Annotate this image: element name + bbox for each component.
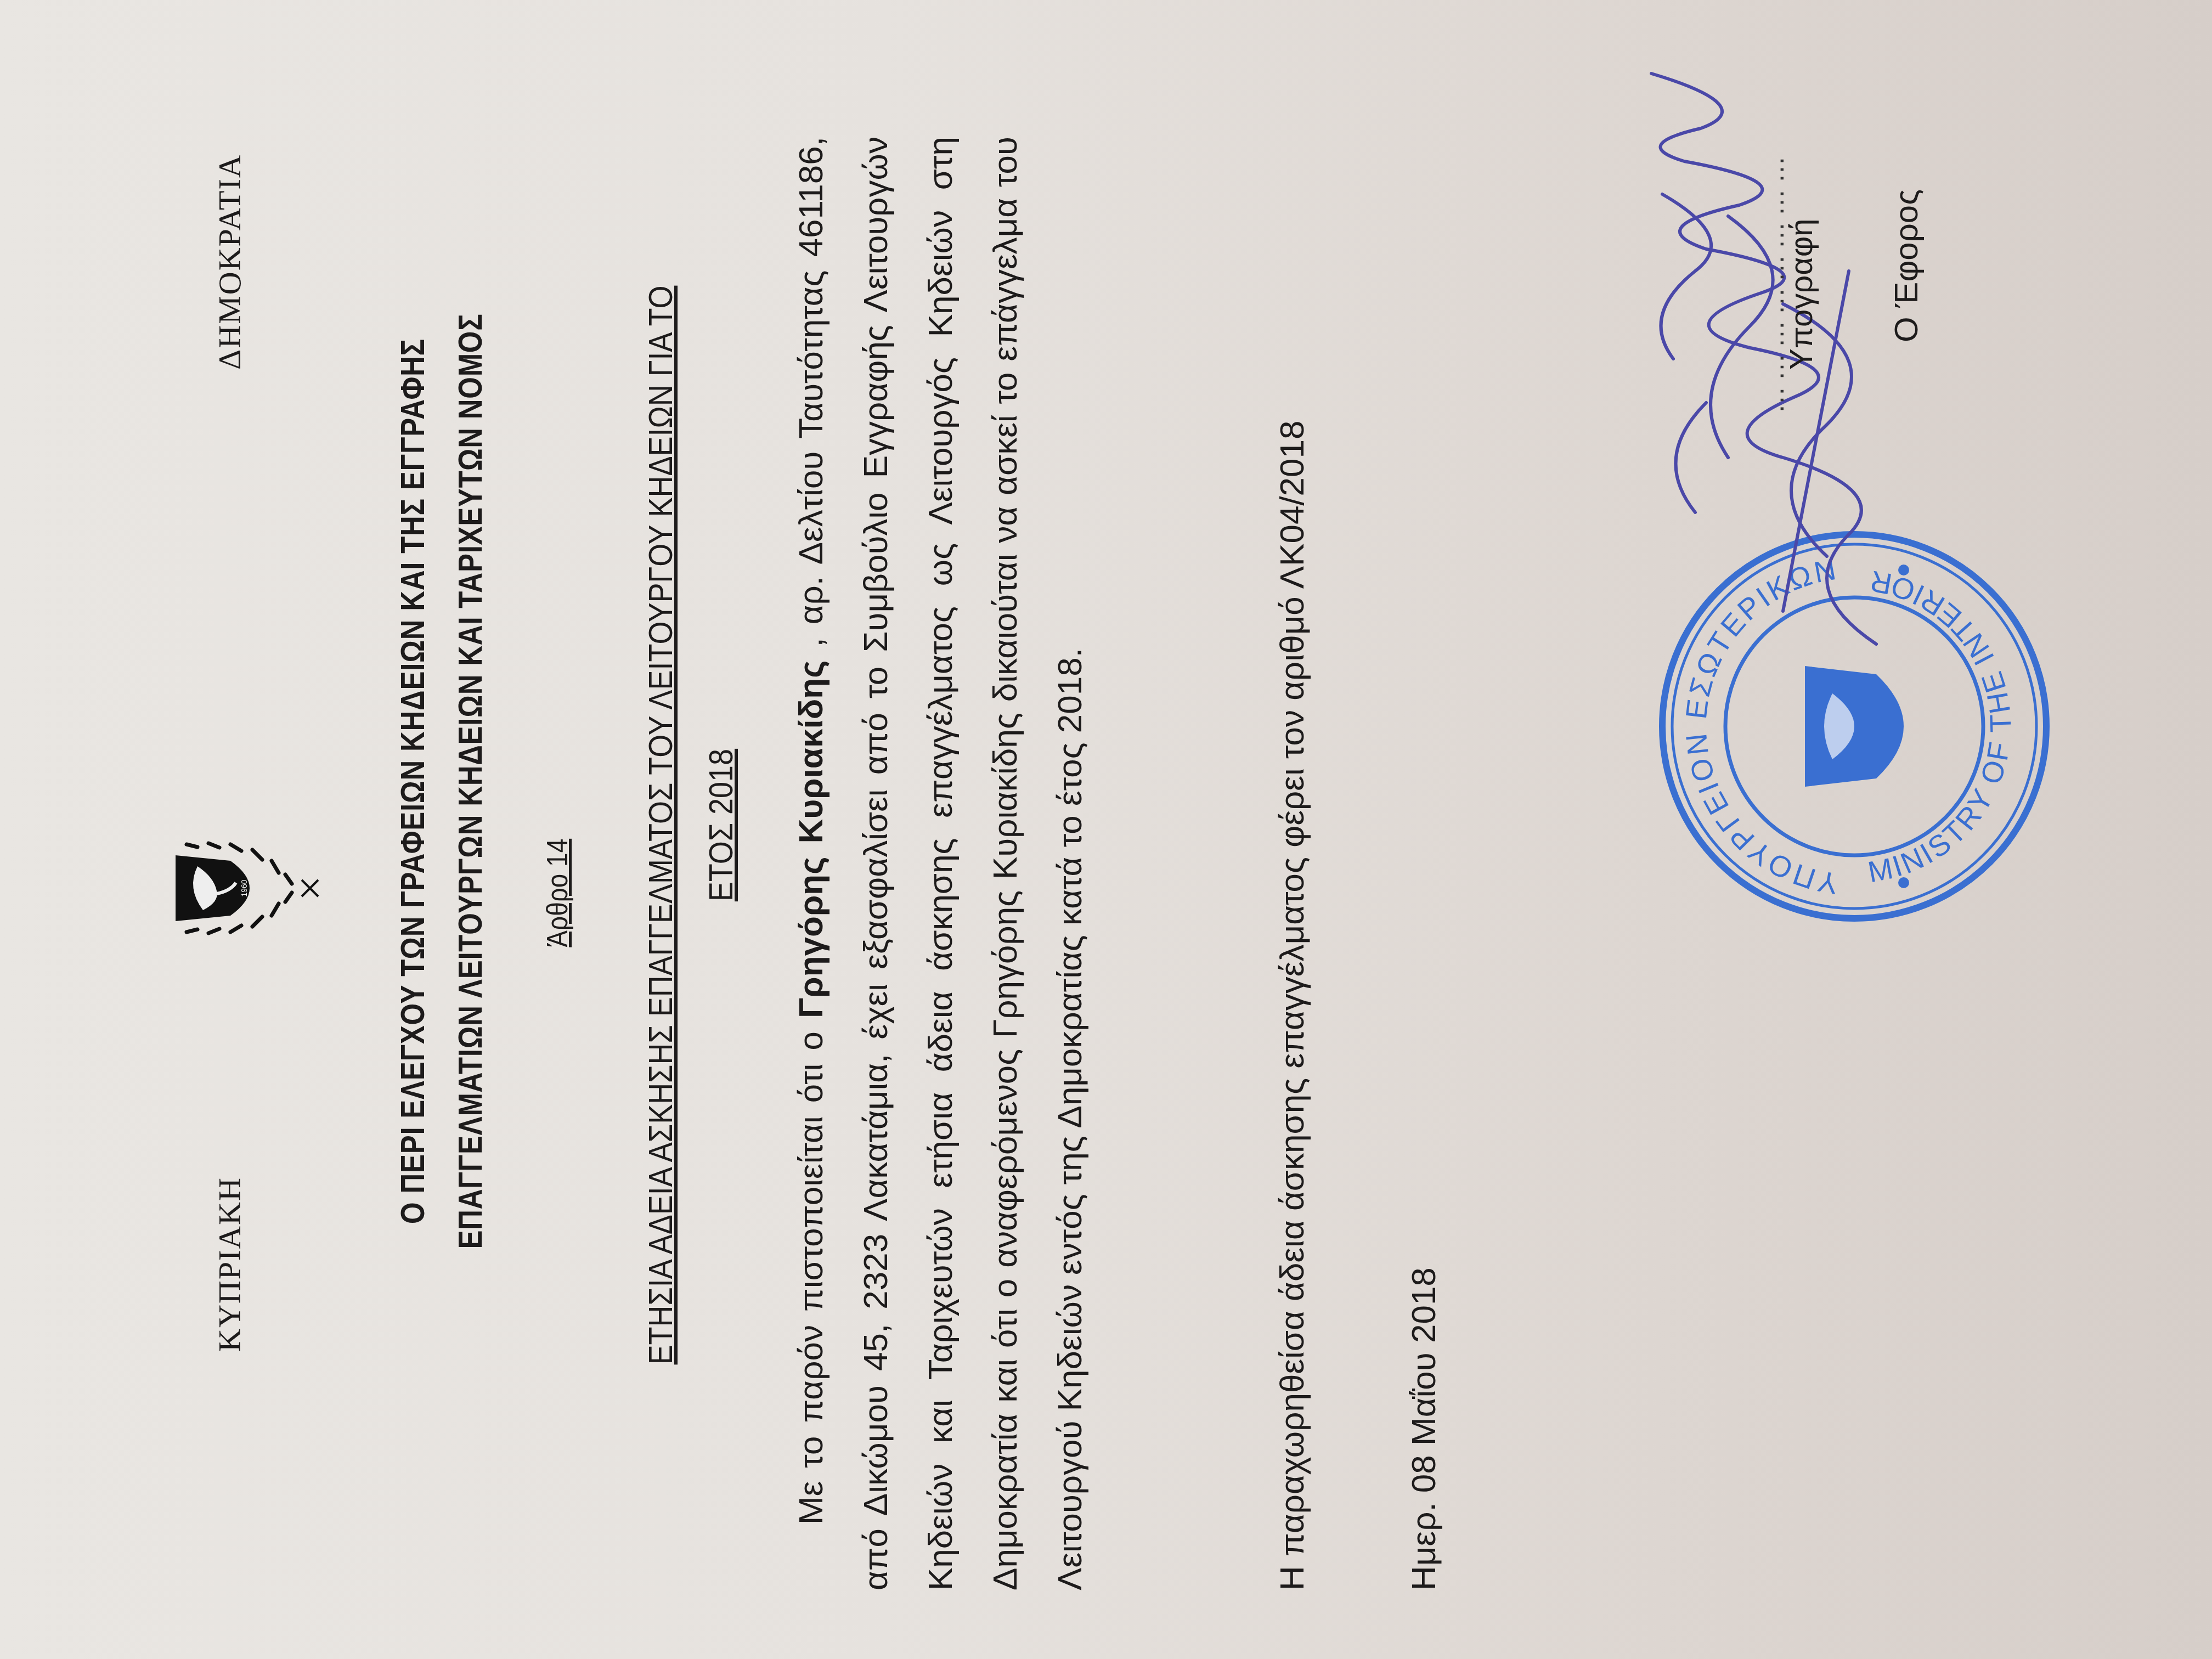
- official-title: Ο Έφορος: [1887, 189, 1925, 342]
- svg-text:1960: 1960: [240, 879, 249, 896]
- holder-name: Γρηγόρης Κυριακίδης: [792, 661, 830, 1018]
- law-title-line-2: ΕΠΑΓΓΕΛΜΑΤΙΩΝ ΛΕΙΤΟΥΡΓΩΝ ΚΗΔΕΙΩΝ ΚΑΙ ΤΑΡ…: [442, 196, 499, 1366]
- issue-date: Ημερ. 08 Μαΐου 2018: [1404, 1267, 1443, 1590]
- body-details: , αρ. Δελτίου Ταυτότητας 461186, από Δικ…: [792, 137, 1089, 1590]
- body-intro: Με το παρόν πιστοποιείται ότι ο: [792, 1018, 830, 1525]
- law-title-line-1: Ο ΠΕΡΙ ΕΛΕΓΧΟΥ ΤΩΝ ΓΡΑΦΕΙΩΝ ΚΗΔΕΙΩΝ ΚΑΙ …: [384, 196, 442, 1366]
- document-page: ΚΥΠΡΙΑΚΗ ΔΗΜΟΚΡΑΤΙΑ 1960 Ο ΠΕΡΙ ΕΛΕΓΧΟΥ …: [0, 0, 2212, 1659]
- cyprus-coat-of-arms-icon: 1960: [165, 833, 324, 943]
- article-reference: Άρθρο 14: [540, 839, 574, 947]
- permit-number-line: Η παραχωρηθείσα άδεια άσκησης επαγγέλματ…: [1273, 420, 1312, 1590]
- signature-label: Υπογραφή: [1783, 218, 1820, 370]
- country-name-left: ΚΥΠΡΙΑΚΗ: [211, 1177, 248, 1352]
- country-name-right: ΔΗΜΟΚΡΑΤΙΑ: [211, 154, 248, 370]
- law-title: Ο ΠΕΡΙ ΕΛΕΓΧΟΥ ΤΩΝ ΓΡΑΦΕΙΩΝ ΚΗΔΕΙΩΝ ΚΑΙ …: [384, 196, 499, 1366]
- certificate-body: Με το παρόν πιστοποιείται ότι ο Γρηγόρης…: [779, 137, 1103, 1590]
- license-title: ΕΤΗΣΙΑ ΑΔΕΙΑ ΑΣΚΗΣΗΣ ΕΠΑΓΓΕΛΜΑΤΟΣ ΤΟΥ ΛΕ…: [631, 200, 752, 1450]
- license-title-line-1: ΕΤΗΣΙΑ ΑΔΕΙΑ ΑΣΚΗΣΗΣ ΕΠΑΓΓΕΛΜΑΤΟΣ ΤΟΥ ΛΕ…: [642, 286, 680, 1365]
- license-title-line-2: ΕΤΟΣ 2018: [702, 749, 740, 901]
